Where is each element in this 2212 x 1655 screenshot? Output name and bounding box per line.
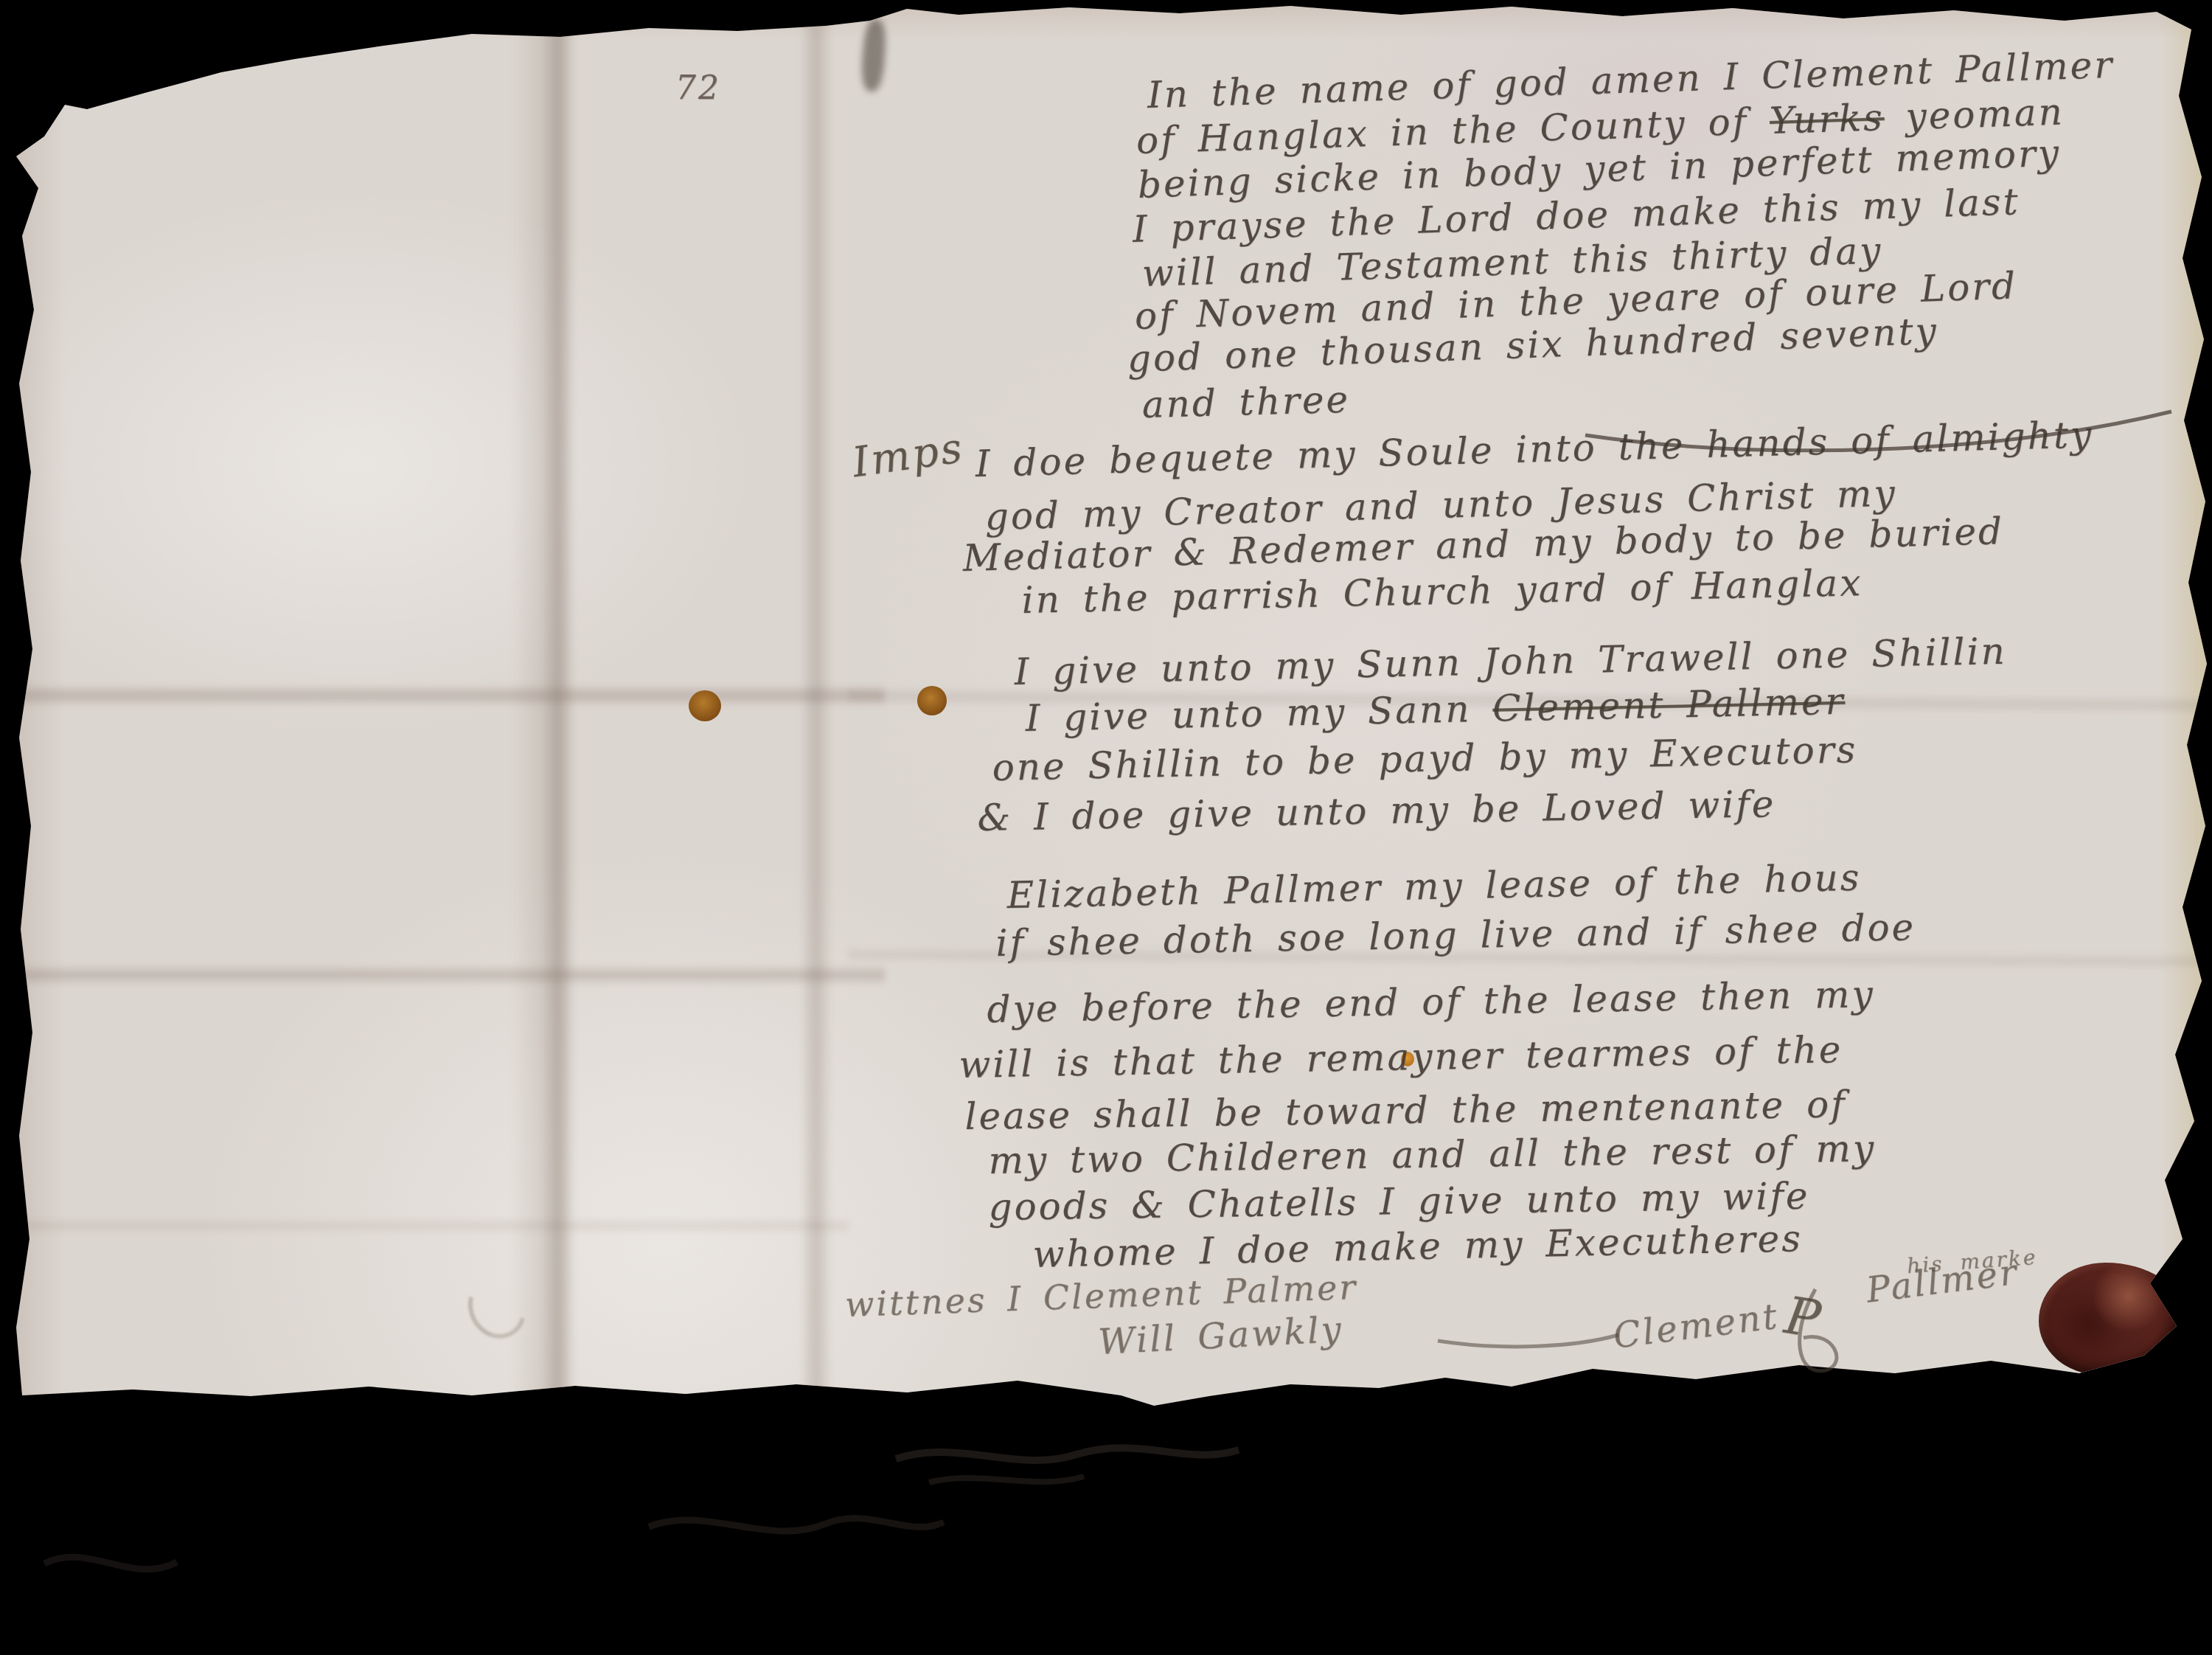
testator-mark-flourish (1800, 1289, 1837, 1371)
ghost-writing-bottom-left (44, 1557, 177, 1569)
ghost-writing-below-edge-2 (929, 1477, 1084, 1482)
flourish-underline-witness (1438, 1335, 1618, 1347)
ink-flourishes (0, 0, 2212, 1655)
manuscript-photo: 72 In the name of god amen I Clement Pal… (0, 0, 2212, 1655)
ghost-writing-below-edge-3 (649, 1519, 944, 1531)
flourish-underline-seventy (1585, 412, 2171, 451)
ghost-writing-below-edge-1 (896, 1448, 1239, 1460)
